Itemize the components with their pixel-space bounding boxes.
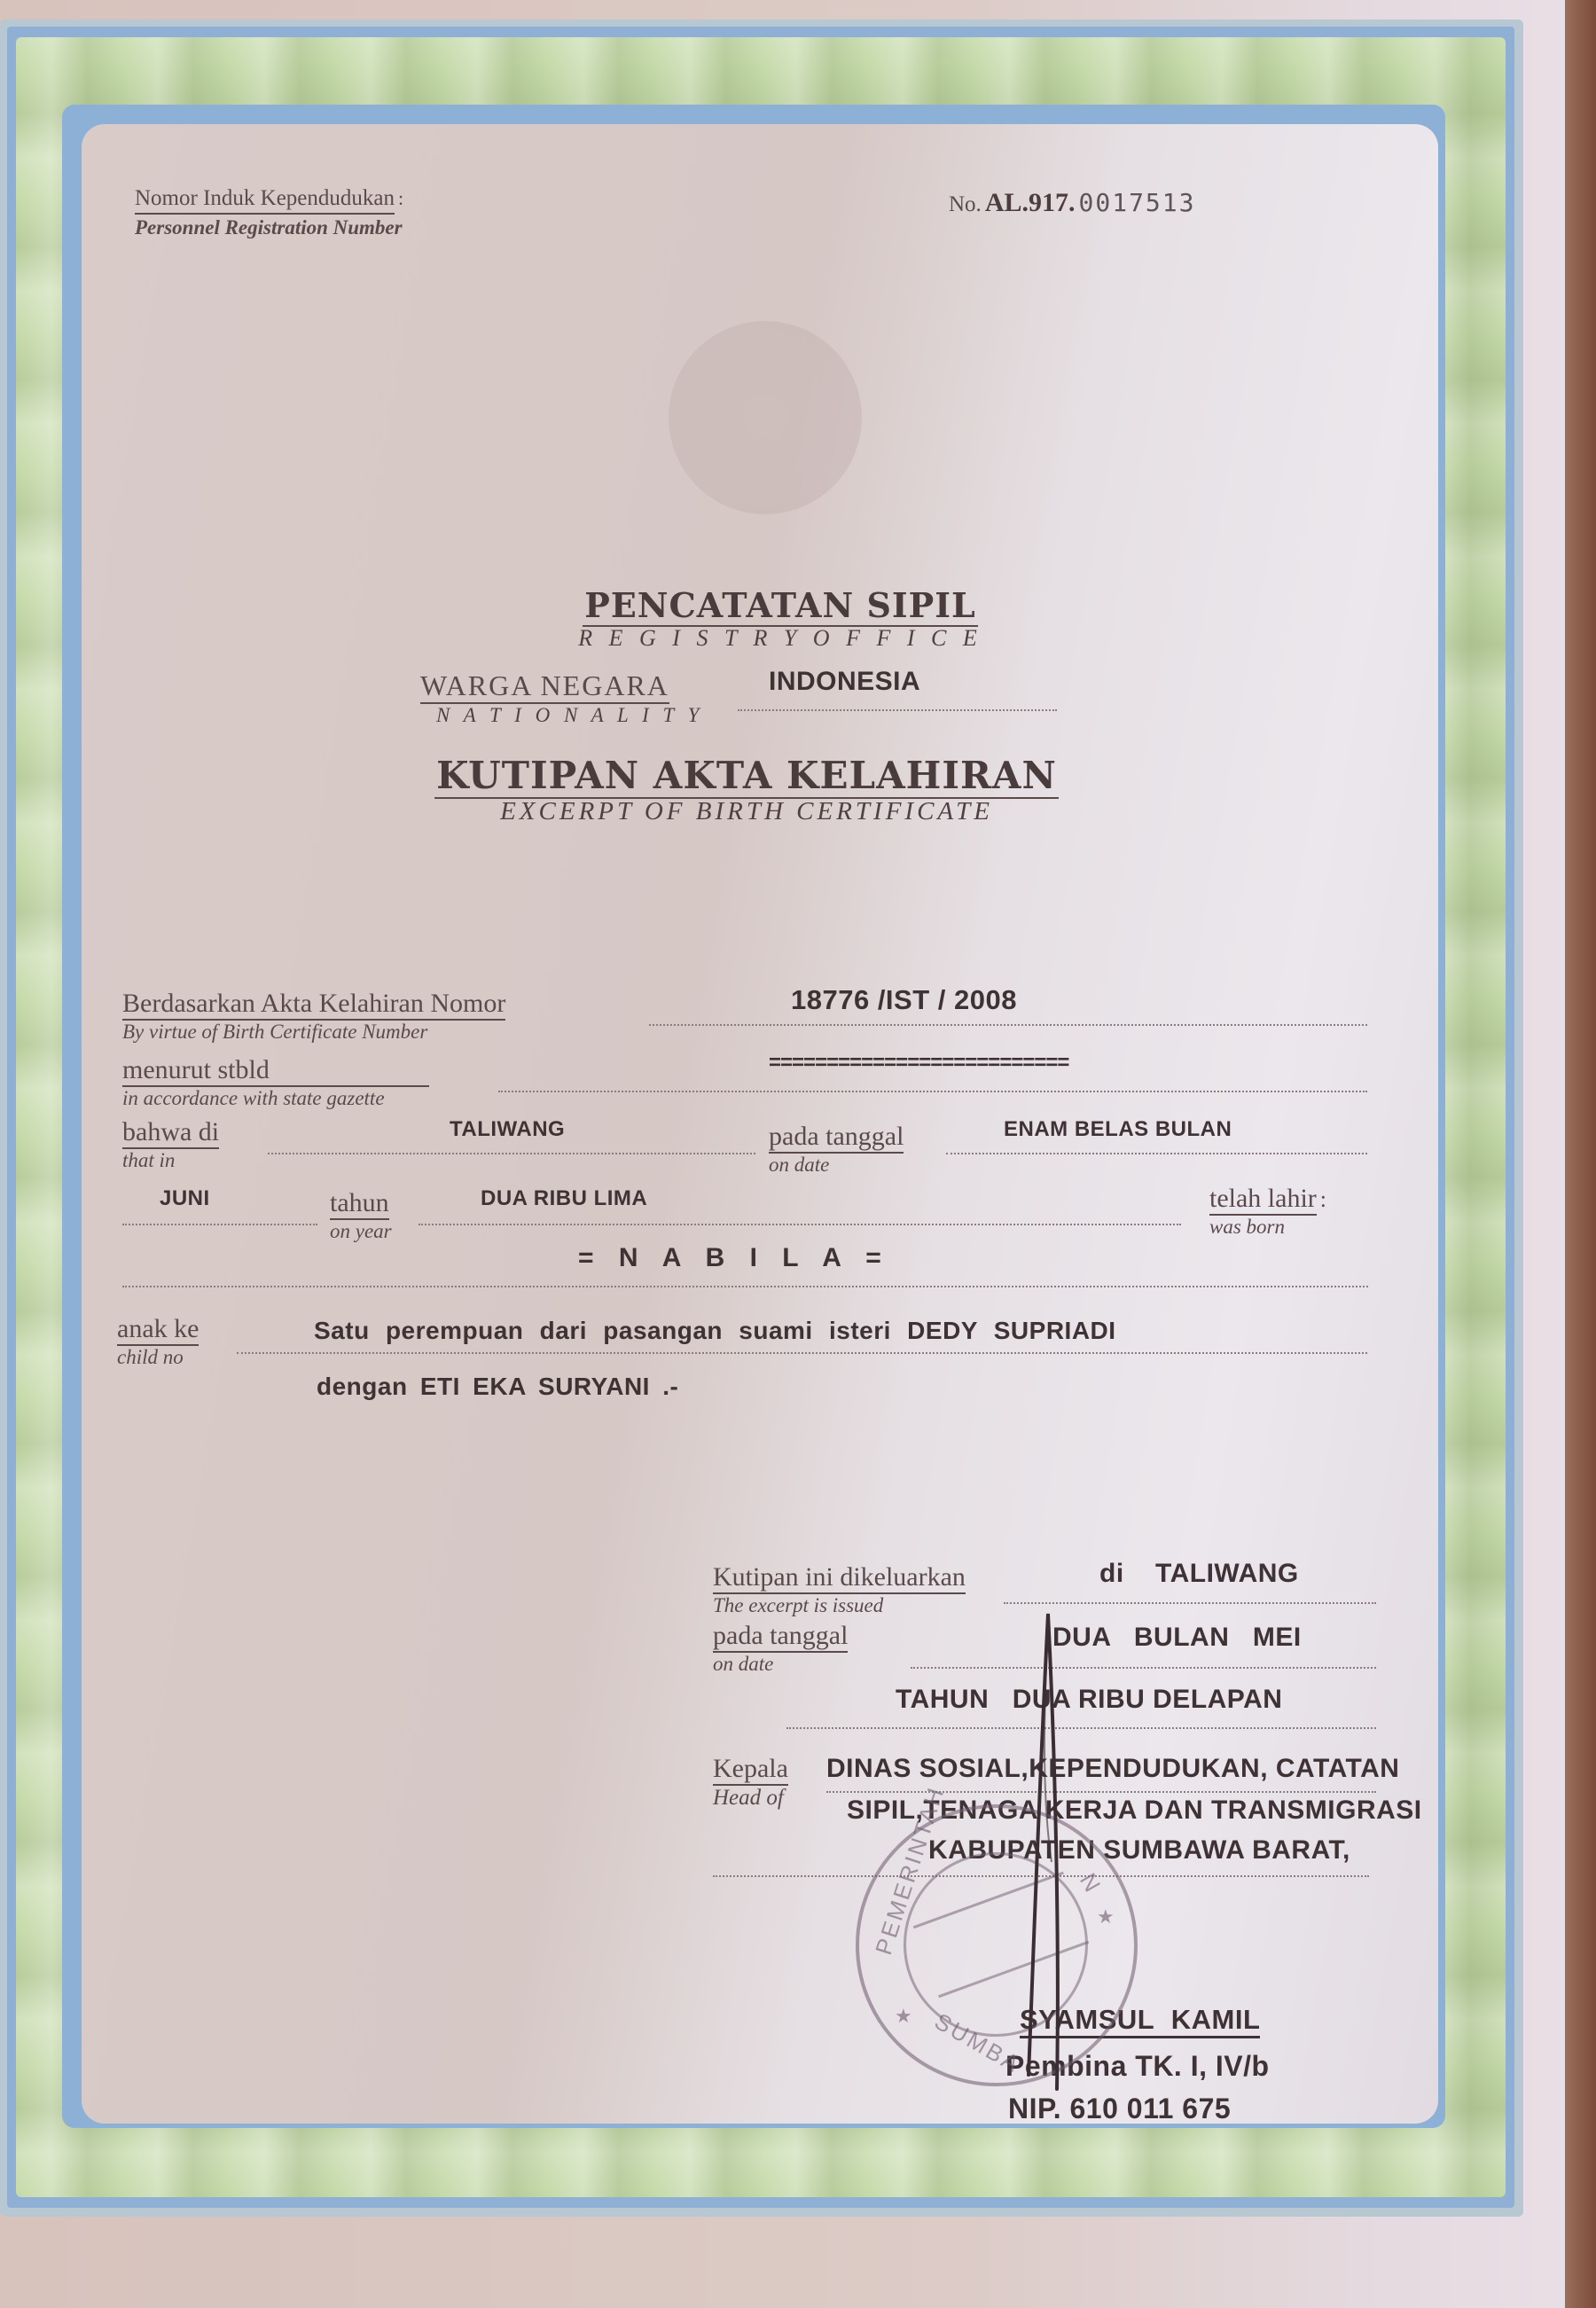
stamp-star-icon: ★	[895, 2005, 912, 2028]
stbld-label-en: in accordance with state gazette	[122, 1087, 429, 1110]
office-line1: DINAS SOSIAL,KEPENDUDUKAN, CATATAN	[826, 1754, 1399, 1784]
head-label-group: Kepala Head of	[713, 1754, 788, 1811]
child-name: = N A B I L A =	[578, 1243, 890, 1273]
date-label-group: pada tanggal on date	[769, 1122, 904, 1177]
born-colon: :	[1320, 1186, 1326, 1212]
child-no-dotted-line	[237, 1352, 1367, 1354]
issued-label: Kutipan ini dikeluarkan	[713, 1562, 966, 1594]
born-label-group: telah lahir : was born	[1209, 1184, 1326, 1239]
nik-colon: :	[398, 187, 403, 209]
document-title: KUTIPAN AKTA KELAHIRAN	[434, 754, 1059, 799]
issued-label-en: The excerpt is issued	[713, 1594, 966, 1617]
nationality-label-group: WARGA NEGARA N A T I O N A L I T Y	[420, 669, 703, 727]
issued-place: di TALIWANG	[1099, 1559, 1299, 1589]
office-title: PENCATATAN SIPIL	[583, 585, 977, 627]
handwritten-signature	[1002, 1596, 1108, 2093]
child-no-label: anak ke	[117, 1314, 199, 1346]
head-label: Kepala	[713, 1754, 788, 1786]
place-value: TALIWANG	[450, 1117, 565, 1142]
nationality-value: INDONESIA	[769, 667, 920, 697]
place-label: bahwa di	[122, 1117, 219, 1149]
cert-number-label-en: By virtue of Birth Certificate Number	[122, 1021, 505, 1044]
year-label-group: tahun on year	[330, 1188, 392, 1243]
year-value: DUA RIBU LIMA	[481, 1186, 647, 1211]
head-label-en: Head of	[713, 1786, 788, 1811]
month-value: JUNI	[160, 1186, 210, 1211]
watermark-emblem	[669, 321, 862, 514]
issued-date-label-group: pada tanggal on date	[713, 1621, 848, 1676]
stbld-label: menurut stbld	[122, 1055, 429, 1087]
year-label: tahun	[330, 1188, 389, 1220]
serial-number: No. AL.917. 0017513	[949, 188, 1196, 218]
cert-number-label: Berdasarkan Akta Kelahiran Nomor	[122, 989, 505, 1021]
serial-series: AL.917.	[985, 188, 1076, 217]
signatory-nip: NIP. 610 011 675	[1008, 2093, 1231, 2124]
child-no-label-group: anak ke child no	[117, 1314, 199, 1369]
table-edge	[1565, 0, 1596, 2308]
stbld-label-group: menurut stbld in accordance with state g…	[122, 1055, 429, 1110]
cert-number-label-group: Berdasarkan Akta Kelahiran Nomor By virt…	[122, 989, 505, 1044]
child-no-label-en: child no	[117, 1346, 199, 1369]
date-dotted-line	[946, 1153, 1367, 1154]
place-label-group: bahwa di that in	[122, 1117, 219, 1172]
stbld-dotted-line	[498, 1091, 1367, 1092]
nik-label-group: Nomor Induk Kependudukan : Personnel Reg…	[135, 186, 403, 239]
issued-date-dotted-line	[911, 1667, 1376, 1669]
month-dotted-line	[122, 1224, 317, 1225]
cert-number-dotted-line	[649, 1024, 1367, 1026]
nik-label-en: Personnel Registration Number	[135, 216, 403, 239]
nationality-label-en: N A T I O N A L I T Y	[436, 704, 703, 727]
stbld-value: ==========================	[769, 1051, 1068, 1076]
place-label-en: that in	[122, 1149, 219, 1172]
document-title-en: EXCERPT OF BIRTH CERTIFICATE	[414, 797, 1079, 826]
date-value: ENAM BELAS BULAN	[1004, 1117, 1232, 1142]
date-label: pada tanggal	[769, 1122, 904, 1154]
certificate-paper: Nomor Induk Kependudukan : Personnel Reg…	[82, 124, 1438, 2124]
serial-prefix: No.	[949, 192, 982, 216]
issued-date-label: pada tanggal	[713, 1621, 848, 1653]
year-label-en: on year	[330, 1220, 392, 1243]
nationality-dotted-line	[738, 709, 1057, 711]
born-label: telah lahir	[1209, 1184, 1317, 1216]
serial-value: 0017513	[1079, 188, 1196, 217]
born-label-en: was born	[1209, 1216, 1326, 1239]
nationality-label: WARGA NEGARA	[420, 669, 669, 704]
child-name-dotted-line	[122, 1286, 1368, 1287]
office-title-group: PENCATATAN SIPIL R E G I S T R Y O F F I…	[505, 585, 1055, 652]
issued-date-label-en: on date	[713, 1653, 848, 1676]
date-label-en: on date	[769, 1154, 904, 1177]
cert-number-value: 18776 /IST / 2008	[791, 984, 1017, 1016]
mother-value: dengan ETI EKA SURYANI .-	[317, 1373, 678, 1401]
nik-label: Nomor Induk Kependudukan	[135, 186, 395, 215]
child-no-value: Satu perempuan dari pasangan suami ister…	[314, 1317, 1116, 1345]
place-dotted-line	[268, 1153, 755, 1154]
document-title-group: KUTIPAN AKTA KELAHIRAN EXCERPT OF BIRTH …	[414, 754, 1079, 826]
year-dotted-line	[419, 1224, 1181, 1225]
issued-label-group: Kutipan ini dikeluarkan The excerpt is i…	[713, 1562, 966, 1617]
office-title-en: R E G I S T R Y O F F I C E	[505, 625, 1055, 652]
